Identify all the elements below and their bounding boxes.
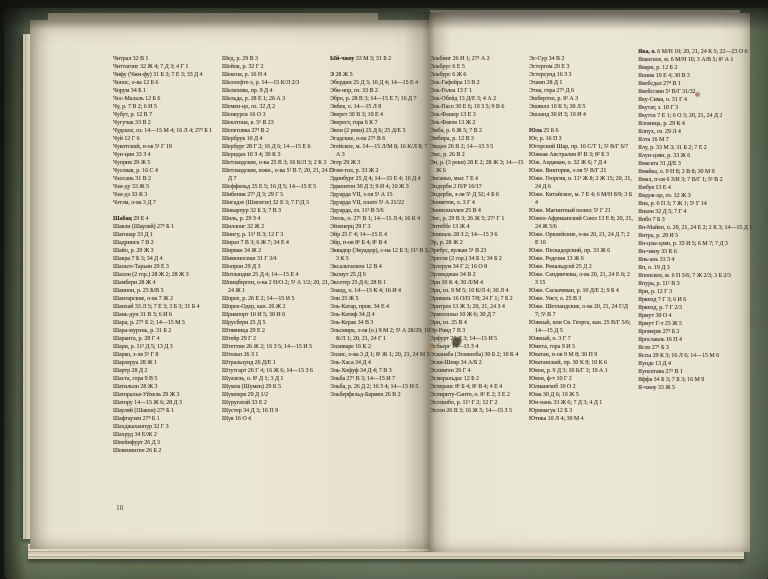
index-entry: Якима 10 Е 4; 30 В 3: [638, 72, 753, 80]
index-entry: Чудское, оз. 14—15 М 4; 16 Л 4; 27² Б 1: [113, 127, 231, 135]
index-entry: Эбердин 25 Д 3; 16 Д 4; 14—15 Е 4: [330, 79, 430, 87]
index-entry: Штутгарт 26 Г 4; 16 Ж 6; 14—15 З 6: [222, 367, 335, 375]
index-entry: Эль-Гафейра 13 В 2: [430, 79, 527, 87]
index-entry: Якутск 7 Е 1; 6 О 3; 20, 21, 24 Д 2: [638, 112, 753, 120]
index-entry: Ясло 27¹ Б 3: [638, 344, 753, 352]
index-entry: Шумперк 29 Д 1/2: [222, 391, 335, 399]
index-entry: Шахруд 34 Е/Ж 2: [113, 431, 231, 439]
index-entry: Яванское, м. 6 М/Н 10; 3 А/В 5; 8¹ А 1: [638, 56, 753, 64]
index-entry: Шиль, р. 29 З 4: [222, 215, 335, 223]
index-entry: Шара-мурэнь, р. 31 Б 2: [113, 327, 231, 335]
index-entry: Шибеник 27¹ Д 3; 29 Г 5: [222, 191, 335, 199]
index-entry: Эсбьерг 14—15 З 4: [430, 343, 527, 351]
index-entry: Эльбрус 6 Е 5: [430, 63, 527, 71]
index-entry: Южная Австралия 8¹ В 3; 8² Б 3: [529, 151, 633, 159]
index-entry: Эль-Катиф 34 Д 4: [330, 311, 430, 319]
index-entry: Эсканаба (Эскиноба) 30 Б 2; 10 К 4: [430, 351, 527, 359]
index-entry: Эшвилл 10 К 5; 30 Л 5: [529, 103, 633, 111]
index-entry: Янь-ань 33 З 4: [638, 256, 753, 264]
index-entry: Шарко, з-ля 5¹ Г 8: [113, 351, 231, 359]
index-entry: Чэн-ду 33 Ж 5: [113, 183, 231, 191]
index-entry: Эланд, о. 14—15 К 4; 16 И 4: [330, 287, 430, 295]
index-entry: Юла 25 Б 6: [529, 127, 633, 135]
index-entry: Ялу, р. 33 М 3; 31 Б 2; 7 Е 2: [638, 144, 753, 152]
index-entry: Эль-Хаса 34 Д 4: [330, 359, 430, 367]
index-entry: Якобсдал 27⁴ В 1: [638, 80, 753, 88]
index-entry: Эндерби 2 П/Р 16/17: [430, 183, 527, 191]
index-entry: Эль-Фашер 13 Е 3: [430, 111, 527, 119]
index-entry: Шеффильд 25 Е 5; 16 Д 5; 14—15 Е 5: [222, 183, 335, 191]
index-column-3: Ый-чжоу 33 М 3; 31 Б 2Э 28 Ж 5Эбердин 25…: [330, 55, 430, 459]
index-entry: Юкатан, п-ов 9 М 8; 30 П 9: [529, 351, 633, 359]
index-entry: Чэн-дэ 33 К 3: [113, 191, 231, 199]
index-entry: Южный, или Св. Георга, кан. 25 В/Г 5/6; …: [529, 319, 633, 335]
index-entry: Эдуарда VII, з-ля 5¹ А 15: [330, 191, 430, 199]
index-entry: Янаон 32 Д 5; 7 Г 4: [638, 208, 753, 216]
index-entry: Ширван 34 Ж 2: [222, 247, 335, 255]
index-entry: Эн, р. (3 реки) 28 Е 2; 28 Ж 3; 14—15 Ж …: [430, 159, 527, 175]
index-entry: Шакра 7 Б 3; 34 Д 4: [113, 255, 231, 263]
index-entry: Эривань 16 О/П 7/8; 24 Г 1; 7 Б 2: [430, 295, 527, 303]
index-entry: Чифу (Чжи-фу) 31 Б 3; 7 Е 3; 33 Д 4: [113, 71, 231, 79]
index-entry: Ярмут 30 О 4: [638, 312, 753, 320]
index-entry: Шантарские, о-ва 7 Ж 2: [113, 295, 231, 303]
index-entry: Эрзерум 34 Г 2; 16 О 8: [430, 263, 527, 271]
index-entry: Южн. Китайское, м. 7 Е 4; 6 М/Н 8/9; 3 Б…: [529, 191, 633, 207]
index-entry: Эритрея 13 Ж 3; 20, 21, 24 З 4: [430, 303, 527, 311]
index-entry: Эшбертон, р. 8¹ А 3: [529, 95, 633, 103]
index-entry: Эндерби, з-ля 5¹ Д 32; 4 Б 6: [430, 191, 527, 199]
index-entry: Шаранта, р. 28 Г 4: [113, 335, 231, 343]
index-entry: Юкон, ф-т 10 Г 2: [529, 375, 633, 383]
index-entry: Эксетер 25 Д 6; 28 В 1: [330, 279, 430, 287]
index-entry: Эрегли (2 гор.) 34 Б 1; 34 Б 2: [430, 255, 527, 263]
index-entry: Шевенинген 26 Б 2: [113, 447, 231, 455]
index-entry: Чубут, р. 12 В 7: [113, 111, 231, 119]
index-entry: Южн. Пескадорский, пр. 33 Ж 6: [529, 247, 633, 255]
index-entry: Эребус, вулкан 5¹ В 23: [430, 247, 527, 255]
index-entry: Эниветок, о. 3 Г 4: [430, 199, 527, 207]
index-entry: Эльба, р. 26 Д 2; 16 З 4; 14—15 И 5: [330, 383, 430, 391]
index-entry: Шафгаузен 27³ Б 1: [113, 415, 231, 423]
index-column-2: Шед, р. 29 В 3Шейок, р. 32 Г 2Шексна, р.…: [222, 55, 335, 459]
index-entry: Юг, р. 16 П 3: [529, 135, 633, 143]
index-entry: Шари, р. 11² Д 5; 13 Д 3: [113, 343, 231, 351]
index-entry: Шербург 28 Г 2; 16 Д 6; 14—15 Е 6: [222, 143, 335, 151]
index-entry: Эвбея, о. 14—15 Л 8: [330, 103, 430, 111]
index-entry: Южн. Виктория, з-ля 5¹ В/Г 21: [529, 167, 633, 175]
index-entry: Юлианехоб 10 О 2: [529, 383, 633, 391]
index-entry: Чэтэм, о-ва 3 Д 7: [113, 199, 231, 207]
index-entry: Ютика 10 Л 4; 30 М 4: [529, 415, 633, 423]
index-entry: Эмс, р. 26 В 2: [430, 151, 527, 159]
index-entry: Эби-нор, оз. 33 В 2: [330, 87, 430, 95]
index-entry: Шатору 14—15 Ж 6; 28 Д 3: [113, 399, 231, 407]
index-entry: Энганьо, мыс 7 Е 4: [430, 175, 527, 183]
index-entry: Э 28 Ж 5: [330, 71, 430, 79]
index-entry: Шарлеруа 28 Ж 1: [113, 359, 231, 367]
index-entry: Южн. Рональдсей 25 Д 2: [529, 263, 633, 271]
index-entry: Южно-Африканский Союз 13 Е 8; 20, 21, 24…: [529, 215, 633, 231]
index-entry: Эльбинг 26 И 1; 27¹ А 2: [430, 55, 527, 63]
index-entry: Шартр 28 Д 2: [113, 367, 231, 375]
index-entry: Шагонар 33 Д 1: [113, 231, 231, 239]
index-entry: Шейок, р. 32 Г 2: [222, 63, 335, 71]
index-entry: Штеттин 26 Ж 2; 16 З 5; 14—15 И 5: [222, 343, 335, 351]
index-entry: Ярославль 16 П 4: [638, 336, 753, 344]
index-entry: Эйр, п-ов 8¹ Б 4; 8¹ В 4: [330, 239, 430, 247]
smudge-stain: [428, 344, 435, 349]
index-entry: Эли 25 Ж 5: [330, 295, 430, 303]
index-entry: Японское, м. 6 П 5/6; 7 Ж 2/3; 3 Б 2/3: [638, 272, 753, 280]
index-entry: Чхосань 31 В 2: [113, 175, 231, 183]
index-entry: Ямдок-цо, оз. 32 Ж 3: [638, 192, 753, 200]
index-entry: Шатильон 28 Ж 3: [113, 383, 231, 391]
index-entry: Шотландия 25 Д 4; 14—15 Е 4: [222, 271, 335, 279]
index-entry: Шпрее, р. 26 Е 2; 14—15 И 5: [222, 295, 335, 303]
index-entry: Ямбуя 13 Е 4: [638, 184, 753, 192]
index-entry: Шамбери 28 Ж 4: [113, 279, 231, 287]
index-entry: Эпиналь 28 З 2; 14—15 З 6: [430, 231, 527, 239]
index-entry: Ярмут Г-т 25 Ж 5: [638, 320, 753, 328]
index-entry: Эгин-гол, р. 33 Ж 2: [330, 167, 430, 175]
index-entry: Эль-Хофуф 34 Д 4; 7 В 3: [330, 367, 430, 375]
index-entry: Юримагуа 12 Б 3: [529, 407, 633, 415]
index-entry: Шеклтона, в. 5¹ В 23: [222, 119, 335, 127]
index-entry: Ялта 16 М 7: [638, 136, 753, 144]
index-entry: Яп, о. 19 Д 3: [638, 264, 753, 272]
index-entry: Эль-Голеа 13 Г 1: [430, 87, 527, 95]
index-entry: Шелихова, пр. 9 Д 4: [222, 87, 335, 95]
index-entry: Шигадзе (Шигатзе) 32 Е 3; 7 Г/Д 3: [222, 199, 335, 207]
index-entry: Чос-Малаль 12 Б 6: [113, 95, 231, 103]
index-entry: Янбо 7 Б 3: [638, 216, 753, 224]
index-entry: Эстерсунд 16 З 3: [529, 71, 633, 79]
index-entry: Шалон (2 гор.) 28 Ж 2; 28 Ж 3: [113, 271, 231, 279]
index-entry: Эмба, р. 6 Ж 5; 7 В 2: [430, 127, 527, 135]
index-entry: Эмбира, р. 12 В 3: [430, 135, 527, 143]
index-entry: Шауляй (Шавли) 27² Б 1: [113, 407, 231, 415]
index-entry: Яку-Сима, о. 31 Г 4: [638, 96, 753, 104]
index-entry: Эмден 26 В 2; 14—15 З 5: [430, 143, 527, 151]
index-entry: Штральзунд 26 Д/Е 1: [222, 359, 335, 367]
red-ink-stain: [695, 92, 700, 97]
index-entry: Юкон, р. 9 Д 3; 10 Б/Г 3; 19 А 1: [529, 367, 633, 375]
index-entry: Шингу, р. 11¹ В 3; 12 Г 3: [222, 231, 335, 239]
index-entry: Эдинбург 25 Д 4; 14—15 Е 4; 16 Д 4: [330, 175, 430, 183]
bottom-imprint-smudge: [102, 561, 230, 565]
index-entry: Шикарпур 32 Б 3; 7 В 3: [222, 207, 335, 215]
index-entry: Юн-нань 33 Ж 6; 7 Д 3; 4 Д 1: [529, 399, 633, 407]
index-entry: Эрн, оз. 25 В 4: [430, 319, 527, 327]
index-entry: Шрусбери 25 Д 5: [222, 319, 335, 327]
index-entry: Шемен-цо, оз. 32 Д 2: [222, 103, 335, 111]
index-entry: Шербрук 10 Д 4: [222, 135, 335, 143]
index-entry: Энтеббе 13 Ж 4: [430, 223, 527, 231]
index-entry: Шексна, р. 16 Н 4: [222, 71, 335, 79]
index-entry: Шимоносеки 31 Г 3/4: [222, 255, 335, 263]
index-entry: Ямайка, о. 9 Н 8; 2 В 8; 30 М 9: [638, 168, 753, 176]
index-entry: Эверест, гора 6 К 7: [330, 119, 430, 127]
index-entry: Эль-Пасо 30 Е 6; 10 З 5; 9 В 6: [430, 103, 527, 111]
index-entry: Элливаре 16 К 2: [330, 343, 430, 351]
index-entry: Эссен 26 В 3; 16 Ж 5; 14—15 З 5: [430, 407, 527, 415]
index-entry: Эльберфельд-Бармен 26 В 2: [330, 391, 430, 399]
index-entry: Шеридан 10 З 4; 30 К 3: [222, 151, 335, 159]
index-entry: Этна, гора 27¹ Д 6: [529, 87, 633, 95]
index-entry: Штявница 29 Е 2: [222, 327, 335, 335]
index-entry: Шабац 29 Е 4: [113, 215, 231, 223]
index-entry: Шумла (Шумен) 29 К 5: [222, 383, 335, 391]
index-entry: Яунелгава 27² В 1: [638, 368, 753, 376]
index-entry: Ян-цзы-цзян, р. 33 И 5; 6 М 7; 7 Д 3: [638, 240, 753, 248]
index-entry: Шенкурск 16 О 3: [222, 111, 335, 119]
index-entry: Шиллонг 32 Ж 2: [222, 223, 335, 231]
index-entry: Эль-Катар, пров. 34 Е 4: [330, 303, 430, 311]
index-entry: Эстергом 29 Е 3: [529, 63, 633, 71]
index-entry: Юж. Андаман, о. 32 Ж 6; 7 Д 4: [529, 159, 633, 167]
index-entry: Эквадор (Экуадор), с-на 12 Б 3; 11¹ В 3;…: [330, 247, 430, 263]
index-entry: Шальго-Тарьян 29 Е 3: [113, 263, 231, 271]
index-entry: Яри, р. 12 Г 3: [638, 288, 753, 296]
index-entry: Шайо, р. 29 Ж 3: [113, 247, 231, 255]
index-entry: Шанхай 33 Л 5; 7 Е 3; 3 Б 3; 31 Б 4: [113, 303, 231, 311]
index-entry: Яломица, р. 29 К 4: [638, 120, 753, 128]
index-entry: Эр, р. 28 Ж 2: [430, 239, 527, 247]
index-entry: Южный, о. 3 Г 7: [529, 335, 633, 343]
index-entry: Эрмосильо 10 Ж 6; 30 Д 7: [430, 311, 527, 319]
index-entry: Явари, р. 12 Б 2: [638, 64, 753, 72]
index-entry: Штейр 29 Г 2: [222, 335, 335, 343]
index-entry: Эль-Обейд 13 Д/Е 3; 4 А 2: [430, 95, 527, 103]
index-entry: Шаторалья-Уйхель 29 Ж 3: [113, 391, 231, 399]
index-entry: Шахджаханпур 32 Г 3: [113, 423, 231, 431]
index-entry: Шавли (Шауляй) 27² Б 1: [113, 223, 231, 231]
index-entry: Эссекибо, р. 11¹ Г 2; 12 Г 2: [430, 399, 527, 407]
index-entry: Шепетовка 27³ В 2: [222, 127, 335, 135]
index-entry: Шаннон, р. 25 Б/В 5: [113, 287, 231, 295]
index-entry: Южн. Саскачеван, р. 10 Д/Е 2; 9 Б 4: [529, 287, 633, 295]
index-entry: Шеллефте-э, р. 14—15 К/Л 2/3: [222, 79, 335, 87]
index-entry: Чорум 34 Б 1: [113, 87, 231, 95]
index-entry: Эксальтасион 12 В 4: [330, 263, 430, 271]
index-entry: Эсмеральдас 12 Б 2: [430, 375, 527, 383]
index-entry: Штольп 26 З 1: [222, 351, 335, 359]
index-entry: Эдуарда VII, плато 5¹ А 21/22: [330, 199, 430, 207]
index-entry: Яркенд 7 Г 3; 6 И 6: [638, 296, 753, 304]
index-entry: Эдмонтон 30 Д 3; 9 И 4; 10 Ж 3: [330, 183, 430, 191]
index-entry: Читтагонг 32 Ж 4; 7 Д 3; 4 Г 1: [113, 63, 231, 71]
index-entry: Южн. Сандвичевы, о-ва 20, 21, 24 Е 6; 2 …: [529, 271, 633, 287]
index-entry: Шуазель, о. 8¹ Д 1; 3 Д 1: [222, 375, 335, 383]
index-entry: Эллис, о-ва 3 Д 1; 8¹ Ж 1; 20, 21, 24 М …: [330, 351, 430, 359]
index-entry: Шаста, гора 9 В 5: [113, 375, 231, 383]
index-entry: Эйзенерц 29 Г 3: [330, 223, 430, 231]
index-entry: Эри 10 К 4; 30 Л/М 4: [430, 279, 527, 287]
index-entry: Эшланд 30 И 3; 10 И 4: [529, 111, 633, 119]
index-entry: Шетландские, о-ва 25 В 3; 16 К/Л 3; 2 К …: [222, 159, 335, 167]
index-entry: Эйр 25 Г 4; 14—15 Е 4: [330, 231, 430, 239]
index-entry: Чугучак 33 В 2: [113, 119, 231, 127]
index-entry: Шопрон 29 Д 3: [222, 263, 335, 271]
index-entry: Яссы 29 К 3; 16 Л 6; 14—15 М 6: [638, 352, 753, 360]
index-entry: Чонос, о-ва 12 Б 6: [113, 79, 231, 87]
index-entry: Эгадские, о-ва 27¹ В 6: [330, 135, 430, 143]
index-entry: Эри, оз. 9 М 5; 10 К/Л 4; 30 Л 4: [430, 287, 527, 295]
index-entry: Эль-Керак 34 В 3: [330, 319, 430, 327]
index-entry: Эксмут 25 Д 6: [330, 271, 430, 279]
index-entry: Эльсмира, з-ля (о.) 9 М 2; 5¹ А 28/29; 1…: [330, 327, 430, 343]
index-column-4: Эльбинг 26 И 1; 27¹ А 2Эльбрус 6 Е 5Эльб…: [430, 55, 527, 467]
index-entry: Чуприя 29 Ж 5: [113, 159, 231, 167]
index-entry: Эльбурс 6 Ж 6: [430, 71, 527, 79]
index-entry: Чун-цин 33 З 4: [113, 151, 231, 159]
index-entry: Шед, р. 29 В 3: [222, 55, 335, 63]
index-entry: Шпицберген, о-ва 2 Н/О 2; 5¹ А 1/2; 20, …: [222, 279, 335, 295]
index-entry: Южн. Георгия, о. 11¹ Ж 8; 2 Ж 15; 20, 21…: [529, 175, 633, 191]
index-entry: Эгер 29 Ж 3: [330, 159, 430, 167]
index-entry: Чусовая, р. 16 С 4: [113, 167, 231, 175]
index-entry: Шельда, р. 28 Е 1; 26 А 3: [222, 95, 335, 103]
index-entry: Эрфурт 26 Д 3; 14—15 И 5: [430, 335, 527, 343]
index-entry: Эвон (2 реки) 25 Д 6; 25 Д/Е 5: [330, 127, 430, 135]
index-entry: Энс, р. 29 В 3; 26 Ж 5; 27¹ Г 1: [430, 215, 527, 223]
index-entry: Читрал 32 В 1: [113, 55, 231, 63]
index-entry: Ян-Майен, о. 20, 21, 24 Е 2; 2 К 3; 14—1…: [638, 224, 753, 232]
index-entry: Шпрее-Одер, кан. 26 Ж 2: [222, 303, 335, 311]
index-entry: Чуй 12 Г 6: [113, 135, 231, 143]
index-entry: Эспириту-Санто, о. 8¹ Е 2; 3 Е 2: [430, 391, 527, 399]
index-entry: Швейнфурт 26 Д 3: [113, 439, 231, 447]
index-column-1: Читрал 32 В 1Читтагонг 32 Ж 4; 7 Д 3; 4 …: [113, 55, 231, 459]
index-entry: Эннискиллен 25 В 4: [430, 207, 527, 215]
index-entry: Южн. Уист, о. 25 В 3: [529, 295, 633, 303]
index-entry: Эсперанс 8¹ Б 4; 8¹ В 4; 4 Е 4: [430, 383, 527, 391]
index-entry: Чукотский, п-ов 5¹ Г 19: [113, 143, 231, 151]
index-entry: Шустер 34 Д 3; 16 П 9: [222, 407, 335, 415]
index-entry: Шривпорт 10 И 5; 30 И 6: [222, 311, 335, 319]
index-entry: Ялун-цзян, р. 33 Ж 6: [638, 152, 753, 160]
index-entry: Ялпух, оз. 29 Л 4: [638, 128, 753, 136]
index-entry: Эзель, о. 27¹ В 1; 14—15 Л 4; 16 К 4: [330, 215, 430, 223]
index-entry: Эски-Шеир 34 А/Б 2: [430, 359, 527, 367]
index-entry: Ян-чжоу 33 К 6: [638, 248, 753, 256]
page-number: 18: [116, 503, 124, 512]
index-entry: Шара, р. 27¹ Б 2; 14—15 М 5: [113, 319, 231, 327]
index-entry: Эбро, р. 28 В 3; 14—15 Е 7; 16 Д 7: [330, 95, 430, 103]
index-entry: Шадринск 7 В 2: [113, 239, 231, 247]
index-column-5: Эс-Сур 34 В 2Эстергом 29 Е 3Эстерсунд 16…: [529, 55, 633, 467]
index-entry: Южн. Шетландские, о-ва 20, 21, 24 Г/Д 7;…: [529, 303, 633, 319]
index-entry: Япура, р. 11¹ В 3: [638, 280, 753, 288]
index-entry: Чу, р. 7 В 2; 6 И 5: [113, 103, 231, 111]
index-entry: Юкатанский, пр. 30 К 8; 10 К 6: [529, 359, 633, 367]
index-entry: Южн. Оркнейские, о-ва 20, 21, 24 Д 7; 2 …: [529, 231, 633, 247]
index-entry: Эль-Фаюм 13 Ж 2: [430, 119, 527, 127]
index-entry: Шуя 16 О 4: [222, 415, 335, 423]
index-entry: Ямагата 31 Д/Е 3: [638, 160, 753, 168]
index-entry: Ява, о. 6 М/Н 10; 20, 21, 24 К 5; 22—23 …: [638, 48, 753, 56]
index-entry: Юинта, гора 9 И 5: [529, 343, 633, 351]
index-entry: Этамп 28 Д 1: [529, 79, 633, 87]
index-entry: Яркенд, р. 7 Г 2/3: [638, 304, 753, 312]
index-entry: Я-чжоу 33 Ж 5: [638, 384, 753, 392]
index-entry: Южн. Родезия 13 Ж 6: [529, 255, 633, 263]
index-entry: Шетландские, южн., о-ва 5¹ В 7; 20, 21, …: [222, 167, 335, 183]
index-entry: Эрзинджан 34 В 2: [430, 271, 527, 279]
index-entry: Яромерж 27³ Б 2: [638, 328, 753, 336]
index-entry: Яффа 34 Б 3; 7 Б 3; 16 М 9: [638, 376, 753, 384]
index-entry: Шуругатай 33 Е 2: [222, 399, 335, 407]
index-entry: Яна, р. 6 П 3; 7 Ж 1; 5¹ Г 14: [638, 200, 753, 208]
index-entry: Якутат, з. 10 Г 3: [638, 104, 753, 112]
index-column-6: Ява, о. 6 М/Н 10; 20, 21, 24 К 5; 22—23 …: [638, 48, 753, 467]
index-entry: Эгейское, м. 14—15 Л/М 8; 16 К/Л 8; 7 А …: [330, 143, 430, 159]
index-entry: Яунде 13 Д 4: [638, 360, 753, 368]
index-entry: Юма 30 Д 6; 10 Ж 5: [529, 391, 633, 399]
index-entry: Шань-дун 31 В 3; 6 И 6: [113, 311, 231, 319]
index-entry: Южн. Магнитный полюс 5¹ Г 21: [529, 207, 633, 215]
index-entry: Эльба 27¹ В 3; 14—15 И 7: [330, 375, 430, 383]
index-entry: Эслинген 26 Г 4: [430, 367, 527, 375]
index-entry: Шираз 7 В 3; 6 Ж 7; 34 Е 4: [222, 239, 335, 247]
index-entry: Югорский Шар, пр. 16 С/Т 1; 5¹ В/Г 6/7: [529, 143, 633, 151]
index-entry: Эверет 30 В 3; 10 Е 4: [330, 111, 430, 119]
index-entry: Эс-Сур 34 В 2: [529, 55, 633, 63]
index-entry: Эр-Рияд 7 В 3: [430, 327, 527, 335]
index-entry: Эдуарда, оз. 11² В 5/6: [330, 207, 430, 215]
index-entry: Ямал, п-ов 6 З/И 3; 7 В/Г 1; 5¹ В 2: [638, 176, 753, 184]
index-entry: Ый-чжоу 33 М 3; 31 Б 2: [330, 55, 430, 63]
index-entry: Янтра, р. 29 И 5: [638, 232, 753, 240]
